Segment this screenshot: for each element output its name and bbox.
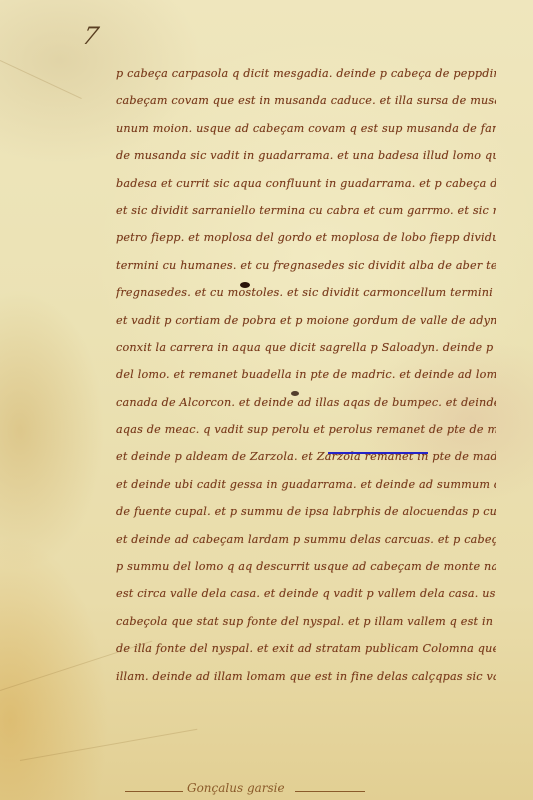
manuscript-line: et deinde p aldeam de Zarzola. et Zarzol…: [116, 443, 496, 470]
parchment-crease: [20, 729, 197, 761]
manuscript-line: et deinde ubi cadit gessa in guadarrama.…: [116, 471, 496, 498]
manuscript-line: badesa et currit sic aqua confluunt in g…: [116, 170, 496, 197]
manuscript-line: et vadit p cortiam de pobra et p moione …: [116, 307, 496, 334]
manuscript-line: illam. deinde ad illam lomam que est in …: [116, 663, 496, 690]
manuscript-line: fregnasedes. et cu mostoles. et sic divi…: [116, 279, 496, 306]
manuscript-page: 7 p cabeça carpasola q dicit mesgadia. d…: [0, 0, 533, 800]
manuscript-line: est circa valle dela casa. et deinde q v…: [116, 580, 496, 607]
annotation-underline: [328, 452, 428, 454]
manuscript-line: canada de Alcorcon. et deinde ad illas a…: [116, 389, 496, 416]
signature-text: Gonçalus garsie: [187, 781, 285, 795]
signature-block: Gonçalus garsie: [125, 783, 365, 799]
manuscript-line: petro fiepp. et moplosa del gordo et mop…: [116, 224, 496, 251]
ink-blot: [240, 282, 250, 288]
manuscript-line: de fuente cupal. et p summu de ipsa labr…: [116, 498, 496, 525]
manuscript-line: termini cu humanes. et cu fregnasedes si…: [116, 252, 496, 279]
manuscript-line: del lomo. et remanet buadella in pte de …: [116, 361, 496, 388]
manuscript-line: et deinde ad cabeçam lardam p summu dela…: [116, 526, 496, 553]
manuscript-line: unum moion. usque ad cabeçam covam q est…: [116, 115, 496, 142]
manuscript-line: conxit la carrera in aqua que dicit sagr…: [116, 334, 496, 361]
manuscript-line: cabeçola que stat sup fonte del nyspal. …: [116, 608, 496, 635]
manuscript-line: p summu del lomo q aq descurrit usque ad…: [116, 553, 496, 580]
manuscript-line: cabeçam covam que est in musanda caduce.…: [116, 87, 496, 114]
folio-number: 7: [80, 22, 101, 50]
parchment-crease: [0, 60, 82, 99]
manuscript-line: aqas de meac. q vadit sup perolu et pero…: [116, 416, 496, 443]
manuscript-text-block: p cabeça carpasola q dicit mesgadia. dei…: [116, 60, 496, 690]
ink-blot: [291, 391, 299, 396]
manuscript-line: p cabeça carpasola q dicit mesgadia. dei…: [116, 60, 496, 87]
manuscript-line: de illa fonte del nyspal. et exit ad str…: [116, 635, 496, 662]
manuscript-line: de musanda sic vadit in guadarrama. et u…: [116, 142, 496, 169]
signature-rule: [295, 791, 365, 792]
signature-rule: [125, 791, 183, 792]
manuscript-line: et sic dividit sarraniello termina cu ca…: [116, 197, 496, 224]
